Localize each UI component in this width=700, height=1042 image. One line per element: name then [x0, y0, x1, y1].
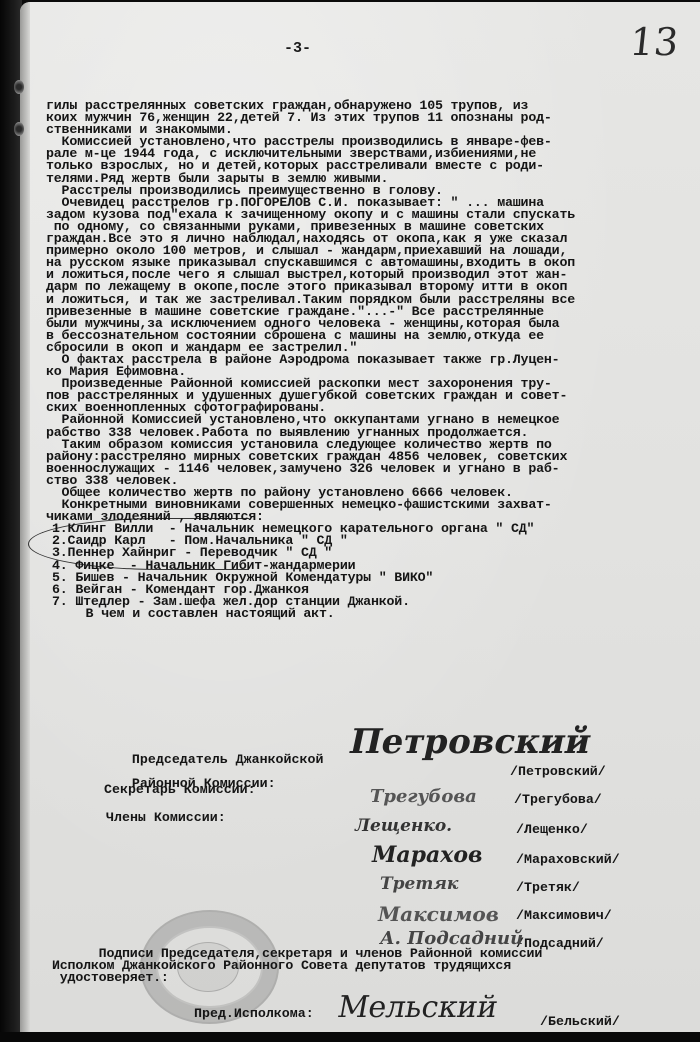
signature-chairman: Петровский	[346, 722, 595, 762]
signature-member-4: Максимов	[378, 902, 499, 926]
signature-member-1: Лещенко.	[355, 816, 452, 836]
typed-name-5: /Третяк/	[516, 880, 580, 895]
executive-role: Пред.Исполкома:	[194, 1006, 314, 1021]
signature-block: Председатель Джанкойской Районной Комисс…	[0, 0, 700, 1042]
typed-name-6: /Максимович/	[516, 908, 612, 923]
certification-lines: Подписи Председателя,секретаря и членов …	[52, 948, 700, 984]
typed-name-1: /Петровский/	[510, 764, 606, 779]
signature-member-3: Третяк	[380, 874, 458, 894]
typed-name-2: /Трегубова/	[514, 792, 602, 807]
members-role: Члены Комиссии:	[106, 812, 226, 824]
typed-name-3: /Лещенко/	[516, 822, 588, 837]
certification-line: удостоверяет.:	[52, 972, 700, 984]
secretary-role: Секретарь Комиссии:	[104, 784, 256, 796]
typed-name-executive: /Бельский/	[540, 1014, 620, 1029]
certification: Подписи Председателя,секретаря и членов …	[52, 948, 700, 984]
signature-secretary: Трегубова	[370, 786, 477, 807]
signature-member-2: Марахов	[372, 842, 482, 868]
signature-executive: Мельский	[335, 990, 501, 1025]
typed-name-4: /Мараховский/	[516, 852, 620, 867]
